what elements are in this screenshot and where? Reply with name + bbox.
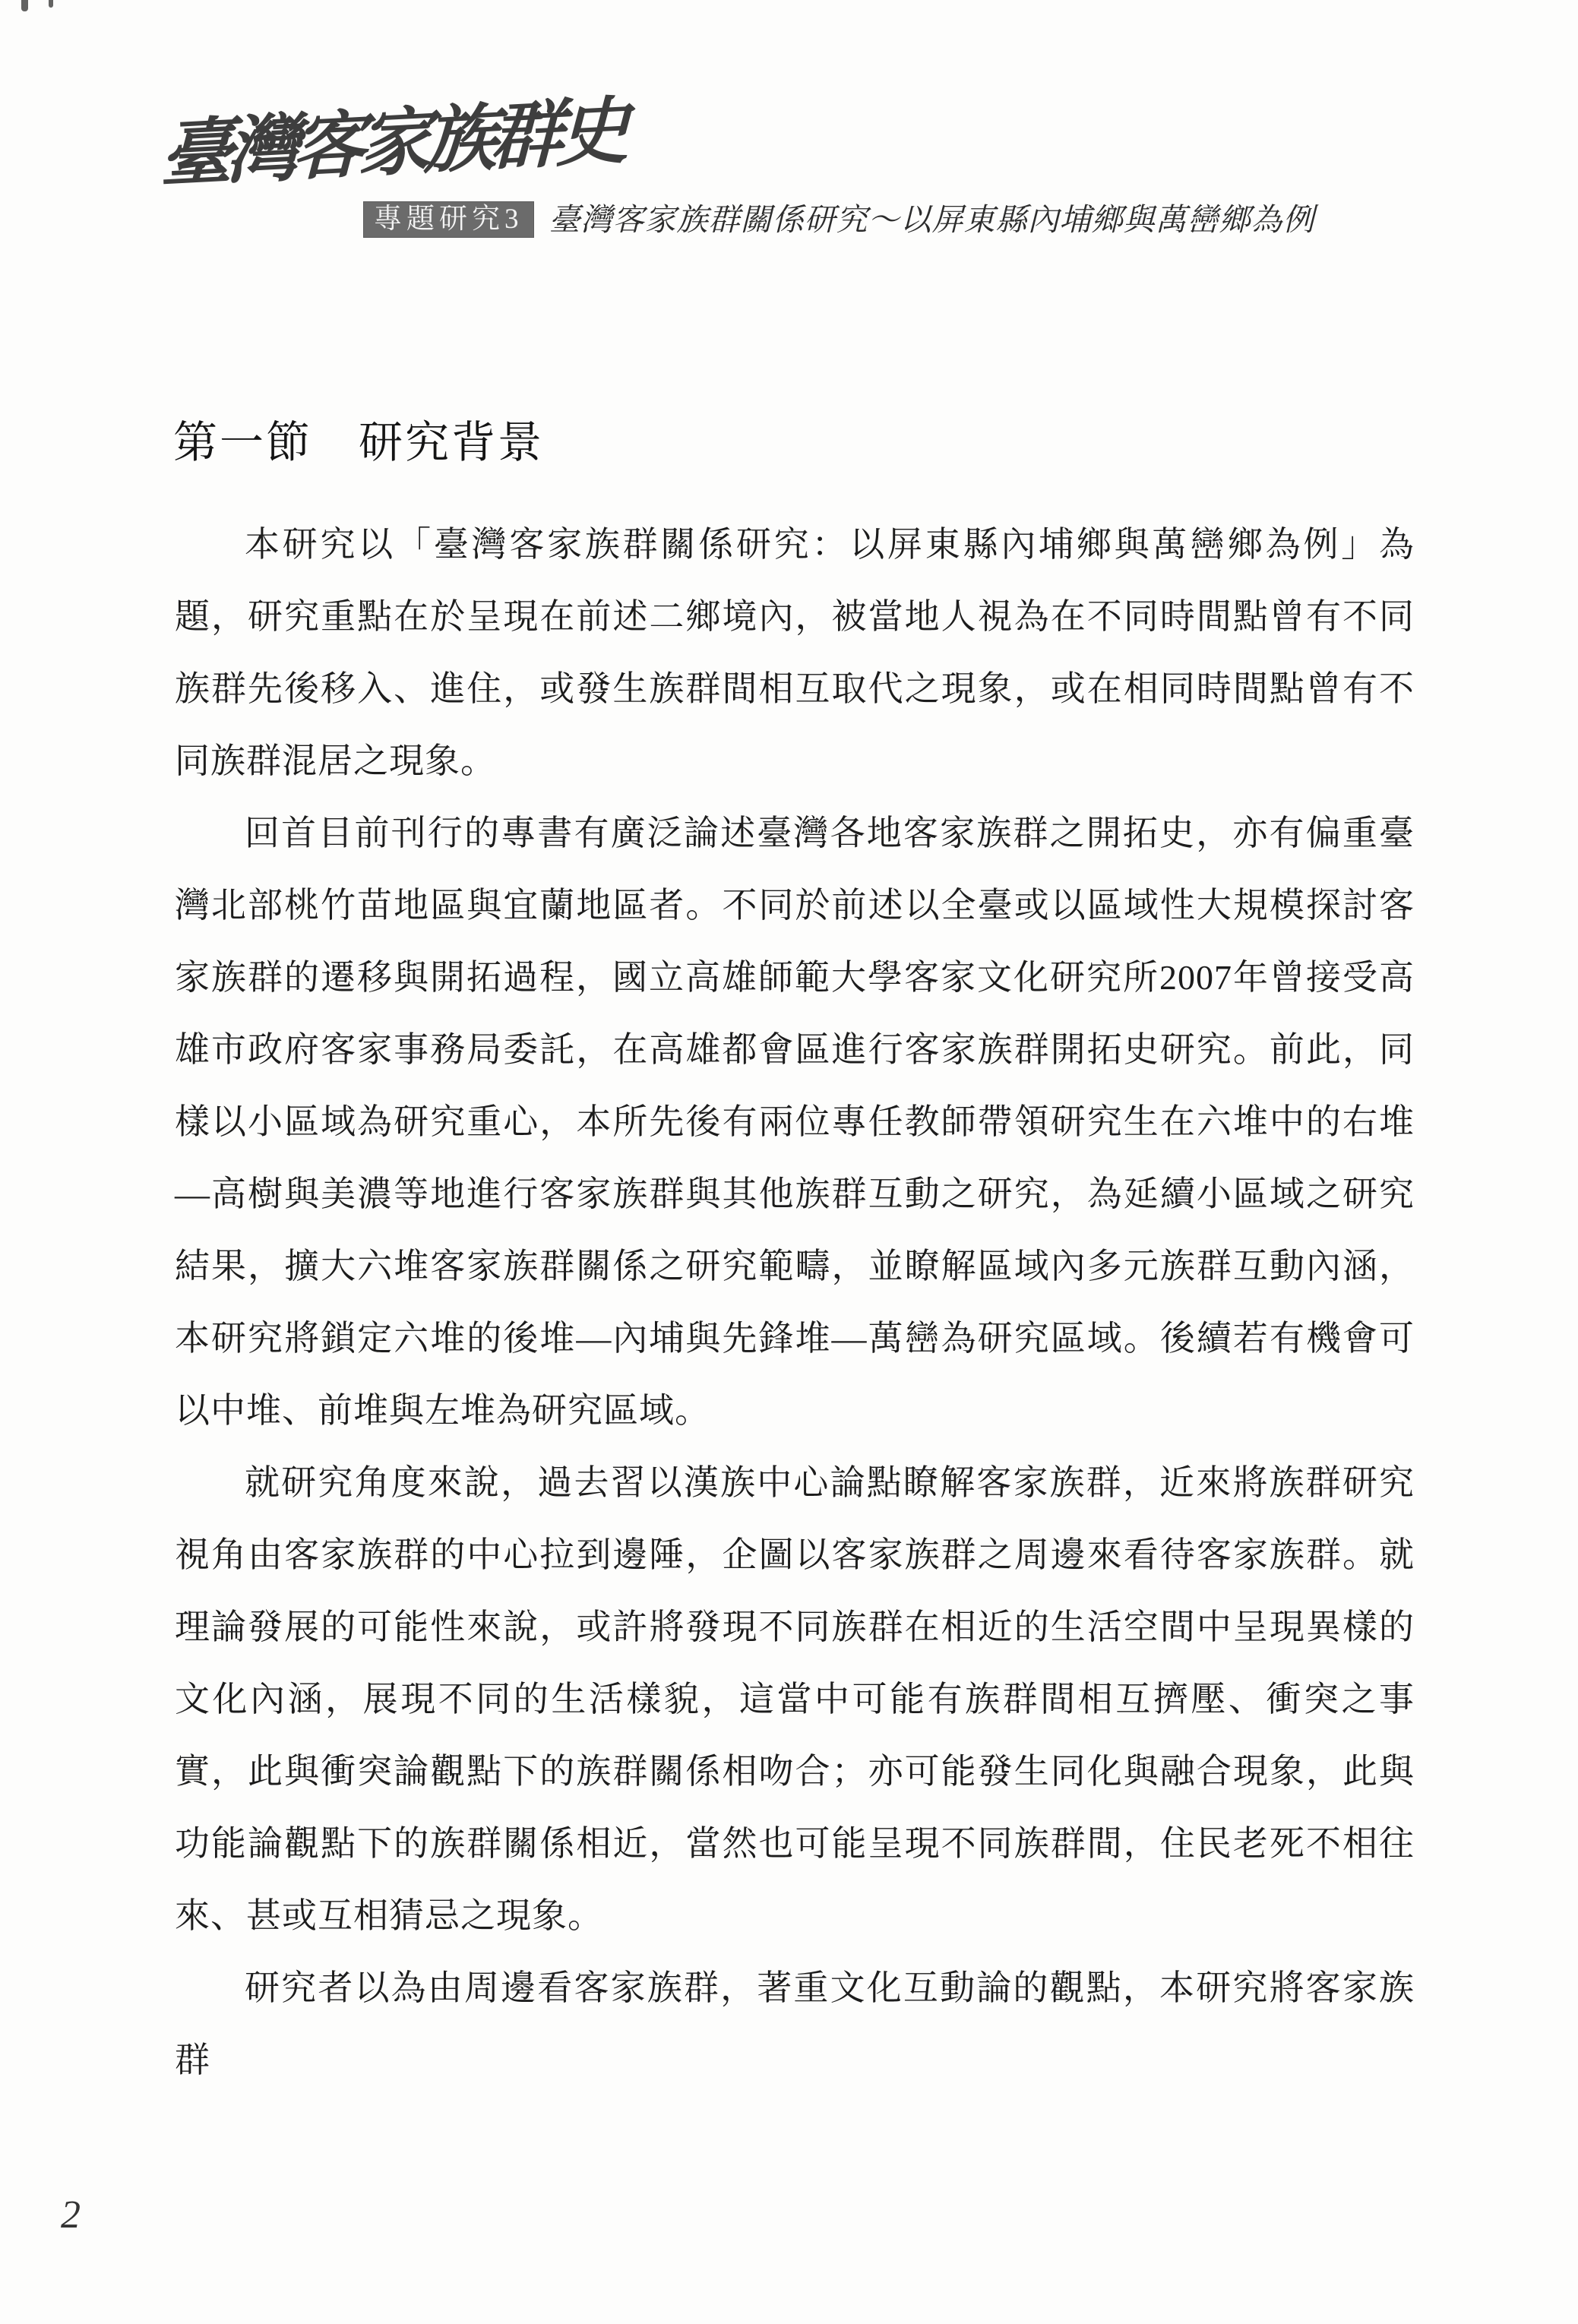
book-title-calligraphy: 臺灣客家族群史 [160,90,647,196]
body-paragraph: 就研究角度來說，過去習以漢族中心論點瞭解客家族群，近來將族群研究視角由客家族群的… [175,1447,1415,1952]
body-paragraph: 研究者以為由周邊看客家族群，著重文化互動論的觀點，本研究將客家族群 [175,1952,1415,2096]
series-subtitle: 臺灣客家族群關係研究～以屏東縣內埔鄉與萬巒鄉為例 [549,204,1315,236]
body-paragraph: 回首目前刊行的專書有廣泛論述臺灣各地客家族群之開拓史，亦有偏重臺灣北部桃竹苗地區… [175,797,1415,1447]
series-info-row: 專題研究3 臺灣客家族群關係研究～以屏東縣內埔鄉與萬巒鄉為例 [363,201,1315,238]
scan-artifact [49,0,53,8]
scanned-book-page: 臺灣客家族群史 專題研究3 臺灣客家族群關係研究～以屏東縣內埔鄉與萬巒鄉為例 第… [0,0,1578,2324]
body-text-block: 本研究以「臺灣客家族群關係研究：以屏東縣內埔鄉與萬巒鄉為例」為題，研究重點在於呈… [175,508,1415,2096]
section-heading: 第一節 研究背景 [173,416,544,470]
page-number: 2 [61,2193,81,2237]
series-badge: 專題研究3 [363,201,534,238]
body-paragraph: 本研究以「臺灣客家族群關係研究：以屏東縣內埔鄉與萬巒鄉為例」為題，研究重點在於呈… [175,508,1415,797]
scan-artifact [21,0,28,11]
